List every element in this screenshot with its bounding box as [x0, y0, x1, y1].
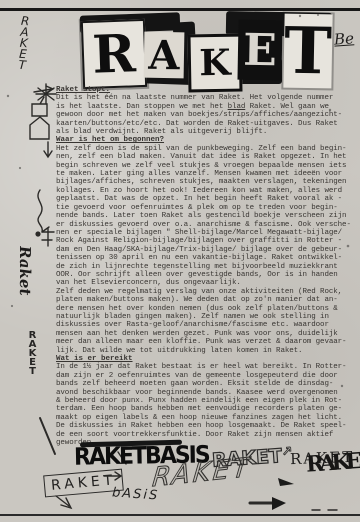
body-line: kaarten/buttons/etc/etc. Dat worden de R…: [56, 120, 358, 128]
margin-vertical-raket-stacked: RAKET: [27, 330, 38, 410]
body-line: te maken. Later ging alles vanzelf. Mens…: [56, 170, 358, 178]
body-line: tie gevoerd voor oefenruimtes & plek om …: [56, 204, 358, 212]
arrow-doodle-icon: [56, 496, 71, 508]
body-line: bijlages/affiches, schreven stukjes, maa…: [56, 178, 358, 186]
note-head-icon: [35, 231, 40, 236]
body-line: De diskussies in Raket hebben een hoop l…: [56, 422, 358, 430]
masthead-letter-tile: K: [187, 34, 242, 93]
body-line: & beheerd door punx. Punx hadden eindeli…: [56, 397, 358, 405]
body-line: gewoon door met het maken van boekjes/st…: [56, 111, 358, 119]
body-line: avond beschikbaar voor beginnende bands.…: [56, 389, 358, 397]
body-line: nen, zelf een blad maken. Vanuit dat ide…: [56, 153, 358, 161]
masthead-letter-tile: E: [237, 20, 282, 81]
cross-doodle-icon: [42, 228, 54, 246]
body-line: dam zijn er 2 oefenruimtes van de gemeen…: [56, 372, 358, 380]
masthead-letter-tile: R: [81, 19, 147, 89]
masthead-letter-tile: T: [283, 14, 332, 89]
body-line: nende bands. Later toen Raket als gesten…: [56, 212, 358, 220]
margin-vertical-raket-cursive: Raket: [16, 245, 34, 336]
body-line: lijk. Dat wilde we tot uitdrukking laten…: [56, 347, 358, 355]
body-line: mensen aan het denken werden gezet. Punk…: [56, 330, 358, 338]
body-line: natuurlijk bladen gingen maken). Zelf na…: [56, 313, 358, 321]
down-arrow-doodle-icon: [44, 142, 52, 157]
masthead-letter: E: [243, 24, 277, 76]
body-text: Raket stopt.Dit is het één na laatste nu…: [56, 86, 358, 447]
top-rule: [0, 8, 360, 11]
arrowhead-scribble-icon: [278, 478, 294, 486]
solid-arrow-head-icon: [272, 497, 286, 510]
masthead-letter: A: [148, 31, 180, 79]
zine-page-scan: R A K E T RAKET Raket RAKET Be: [0, 0, 360, 522]
body-line: is het laatste. Dan stoppen we met het b…: [56, 103, 358, 111]
body-line: diskussies over Rasta-geloof/anarchisme/…: [56, 321, 358, 329]
body-line: geplaatst. Dat was de opzet. In het begi…: [56, 195, 358, 203]
body-line: meer dan alleen maar een kloffie. Punk w…: [56, 338, 358, 346]
squiggle-doodle-icon: [38, 190, 49, 232]
body-line: kollages. En zo hoort het ook! Iedereen …: [56, 187, 358, 195]
corner-handwritten-note: Be: [333, 29, 354, 48]
box-doodle-icon: [32, 97, 47, 116]
body-line: van het Elsevierconcern, dus ongevaarlij…: [56, 279, 358, 287]
body-line: dam en Den Haag/SKA-bijlage/Trix-bijlage…: [56, 246, 358, 254]
masthead-letter: R: [91, 23, 136, 85]
body-line: Zelf deden we regelmatig verslag van onz…: [56, 288, 358, 296]
body-line: tenissen op 30 april en nu een vakantie-…: [56, 254, 358, 262]
house-doodle-icon: [30, 117, 49, 139]
masthead-raket-logo: R A K E T: [78, 12, 334, 88]
slash-doodle-icon: [40, 418, 55, 454]
margin-vertical-raket-top: RAKET: [13, 14, 32, 93]
body-line: begin schreven we zelf veel stukjes & vr…: [56, 162, 358, 170]
masthead-letter-tile: A: [144, 32, 185, 79]
asterisk-doodle-icon: [36, 84, 56, 104]
graffiti-rake-edge: RAKE: [305, 448, 358, 478]
body-line: terdam. Een hoop bands hebben met eenvou…: [56, 405, 358, 413]
body-line: In de 1½ jaar dat Raket bestaat is er he…: [56, 363, 358, 371]
body-line: de een soort voortrekkersfunktie. Door R…: [56, 431, 358, 439]
body-line: OOR. Oor schrijft alleen over gevestigde…: [56, 271, 358, 279]
masthead-letter: K: [199, 42, 231, 85]
body-line: de zich in lijnrechte tegenstelling met …: [56, 263, 358, 271]
body-line: Rock Against Religion-bijlage/bijlagen o…: [56, 237, 358, 245]
body-line: er diskussies gevoerd over o.a. anarchis…: [56, 221, 358, 229]
body-line: nen er speciale bijlagen " Shell-bijlage…: [56, 229, 358, 237]
body-line: maakt op eigen labels & een hoop nieuwe …: [56, 414, 358, 422]
body-line: platen maken/buttons maken). We deden da…: [56, 296, 358, 304]
body-line: als blad verdwijnt. Raket als uitgeverij…: [56, 128, 358, 136]
body-line: Het zelf doen is de spil van de punkbewe…: [56, 145, 358, 153]
body-line: Dit is het één na laatste nummer van Rak…: [56, 94, 358, 102]
masthead-letter: T: [284, 13, 333, 89]
body-line: bands zelf beheerd moeten gaan worden. E…: [56, 380, 358, 388]
arrow-doodle-icon: [34, 86, 53, 93]
body-line: dere mensen het over konden nemen (dus o…: [56, 305, 358, 313]
body-heading: Raket stopt.: [56, 86, 358, 94]
underlined-word: blad: [228, 103, 246, 111]
body-heading: Waar is het om begonnen?: [56, 136, 358, 144]
bottom-rule: [0, 514, 360, 516]
